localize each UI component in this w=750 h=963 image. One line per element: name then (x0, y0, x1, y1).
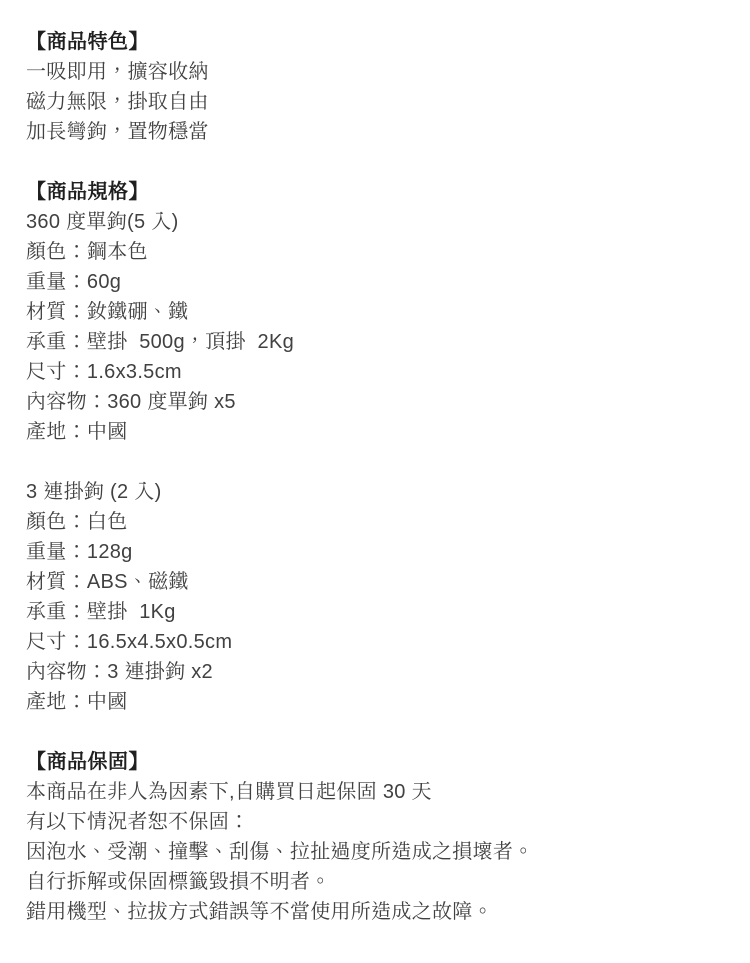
spec-color: 顏色：鋼本色 (26, 237, 730, 267)
spec-product-name: 360 度單鉤(5 入) (26, 207, 730, 237)
warranty-exclusions-intro: 有以下情況者恕不保固： (26, 807, 730, 837)
spec-product-name: 3 連掛鉤 (2 入) (26, 477, 730, 507)
spec-dimensions: 尺寸：1.6x3.5cm (26, 357, 730, 387)
spec-dimensions: 尺寸：16.5x4.5x0.5cm (26, 627, 730, 657)
spec-weight: 重量：60g (26, 267, 730, 297)
section-title: 【商品特色】 (26, 27, 730, 57)
spec-load-capacity: 承重：壁掛 500g，頂掛 2Kg (26, 327, 730, 357)
warranty-period: 本商品在非人為因素下,自購買日起保固 30 天 (26, 777, 730, 807)
feature-line: 加長彎鉤，置物穩當 (26, 117, 730, 147)
section-product-specs-single-hook: 【商品規格】 360 度單鉤(5 入) 顏色：鋼本色 重量：60g 材質：釹鐵硼… (26, 177, 730, 447)
section-warranty: 【商品保固】 本商品在非人為因素下,自購買日起保固 30 天 有以下情況者恕不保… (26, 747, 730, 927)
spec-material: 材質：ABS、磁鐵 (26, 567, 730, 597)
section-product-specs-triple-hook: 3 連掛鉤 (2 入) 顏色：白色 重量：128g 材質：ABS、磁鐵 承重：壁… (26, 477, 730, 717)
warranty-exclusion-item: 因泡水、受潮、撞擊、刮傷、拉扯過度所造成之損壞者。 (26, 837, 730, 867)
section-title: 【商品保固】 (26, 747, 730, 777)
spec-origin: 產地：中國 (26, 417, 730, 447)
spec-color: 顏色：白色 (26, 507, 730, 537)
spec-contents: 內容物：3 連掛鉤 x2 (26, 657, 730, 687)
feature-line: 磁力無限，掛取自由 (26, 87, 730, 117)
feature-line: 一吸即用，擴容收納 (26, 57, 730, 87)
spec-load-capacity: 承重：壁掛 1Kg (26, 597, 730, 627)
section-product-features: 【商品特色】 一吸即用，擴容收納 磁力無限，掛取自由 加長彎鉤，置物穩當 (26, 27, 730, 147)
product-description: 【商品特色】 一吸即用，擴容收納 磁力無限，掛取自由 加長彎鉤，置物穩當 【商品… (0, 0, 750, 927)
section-title: 【商品規格】 (26, 177, 730, 207)
warranty-exclusion-item: 自行拆解或保固標籤毀損不明者。 (26, 867, 730, 897)
spec-weight: 重量：128g (26, 537, 730, 567)
spec-material: 材質：釹鐵硼、鐵 (26, 297, 730, 327)
warranty-exclusion-item: 錯用機型、拉拔方式錯誤等不當使用所造成之故障。 (26, 897, 730, 927)
spec-contents: 內容物：360 度單鉤 x5 (26, 387, 730, 417)
spec-origin: 產地：中國 (26, 687, 730, 717)
